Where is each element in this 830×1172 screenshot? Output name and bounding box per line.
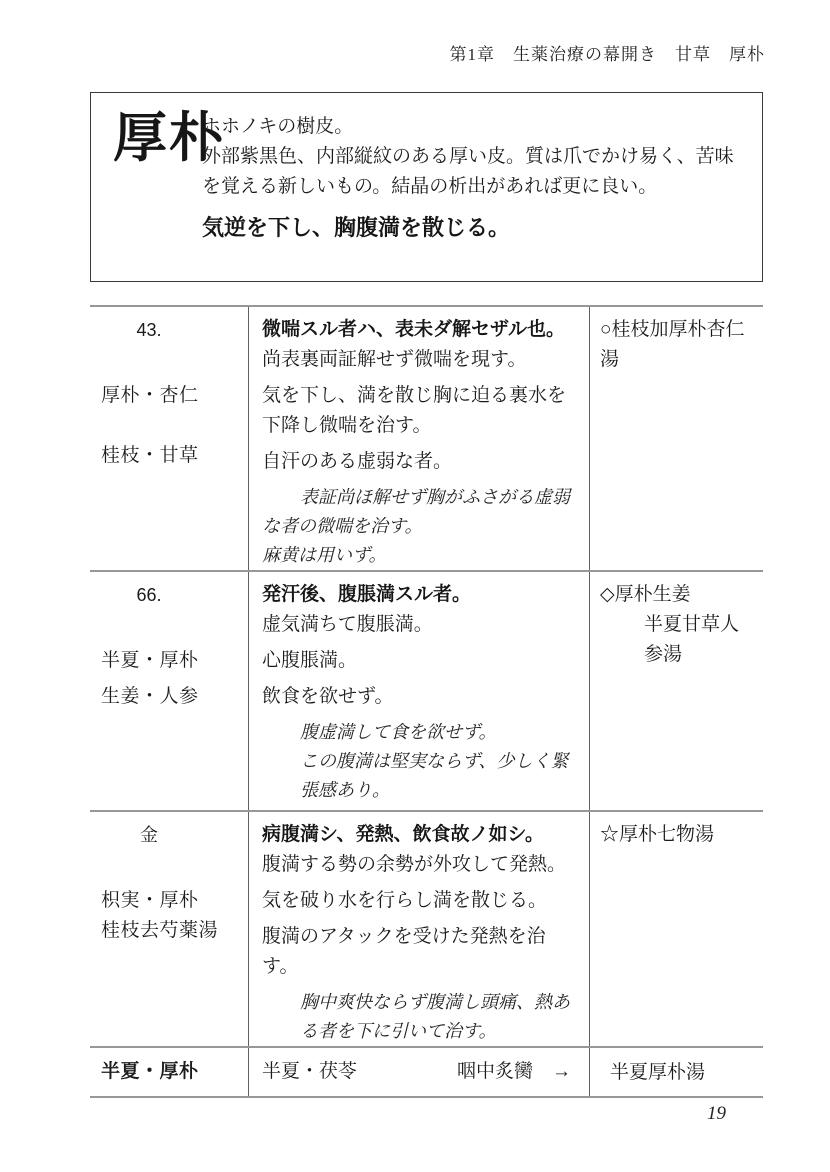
italic-notes: 表証尚ほ解せず胸がふさがる虚弱な者の微喘を治す。 麻黄は用いず。 bbox=[262, 483, 579, 570]
note-paragraph: この腹満は堅実ならず、少しく緊張感あり。 bbox=[300, 747, 579, 805]
description-cell: 発汗後、腹脹満スル者。 虚気満ちて腹脹満。 心腹脹満。 飲食を欲せず。 腹虚満し… bbox=[248, 572, 590, 810]
note-paragraph: 麻黄は用いず。 bbox=[262, 541, 579, 570]
classical-quote: 病腹満シ、発熱、飲食故ノ如シ。 bbox=[262, 820, 579, 850]
herb-pair: 半夏・茯苓 bbox=[262, 1058, 357, 1096]
body-paragraph: 腹満のアタックを受けた発熱を治す。 bbox=[262, 922, 579, 982]
source-cell: 金 枳実・厚朴 桂枝去芍薬湯 bbox=[90, 812, 248, 1046]
indication-arrow: 咽中炙臠 → bbox=[457, 1058, 571, 1096]
description-cell: 微喘スル者ハ、表未ダ解セザル也。 尚表裏両証解せず微喘を現す。 気を下し、満を散… bbox=[248, 307, 590, 570]
table-row: 66. 半夏・厚朴 生姜・人参 発汗後、腹脹満スル者。 虚気満ちて腹脹満。 心腹… bbox=[90, 570, 763, 810]
italic-notes: 胸中爽快ならず腹満し頭痛、熱ある者を下に引いて治す。 bbox=[300, 988, 579, 1046]
source-ref: 金 bbox=[90, 820, 208, 850]
formula-name: ◇厚朴生姜 bbox=[600, 580, 757, 610]
formula-name: ☆厚朴七物湯 bbox=[600, 820, 757, 850]
body-paragraph: 飲食を欲せず。 bbox=[262, 682, 579, 712]
source-cell: 43. 厚朴・杏仁 桂枝・甘草 bbox=[90, 307, 248, 570]
herb-pair: 桂枝去芍薬湯 bbox=[90, 916, 248, 946]
herb-pair: 生姜・人参 bbox=[90, 682, 248, 712]
description-cell: 半夏・茯苓 咽中炙臠 → bbox=[248, 1048, 590, 1096]
herb-pair: 半夏・厚朴 bbox=[90, 1058, 248, 1086]
gloss-text: 尚表裏両証解せず微喘を現す。 bbox=[262, 345, 579, 375]
source-ref: 66. bbox=[90, 580, 208, 610]
note-paragraph: 表証尚ほ解せず胸がふさがる虚弱な者の微喘を治す。 bbox=[262, 483, 579, 541]
formula-name: 半夏甘草人参湯 bbox=[644, 610, 757, 670]
body-paragraph: 気を下し、満を散じ胸に迫る裏水を下降し微喘を治す。 bbox=[262, 381, 579, 441]
gloss-text: 腹満する勢の余勢が外攻して発熱。 bbox=[262, 850, 579, 880]
formula-name: 半夏厚朴湯 bbox=[610, 1058, 757, 1088]
body-paragraph: 心腹脹満。 bbox=[262, 646, 579, 676]
table-row: 金 枳実・厚朴 桂枝去芍薬湯 病腹満シ、発熱、飲食故ノ如シ。 腹満する勢の余勢が… bbox=[90, 810, 763, 1046]
table-row: 43. 厚朴・杏仁 桂枝・甘草 微喘スル者ハ、表未ダ解セザル也。 尚表裏両証解せ… bbox=[90, 305, 763, 570]
source-cell: 66. 半夏・厚朴 生姜・人参 bbox=[90, 572, 248, 810]
formula-table: 43. 厚朴・杏仁 桂枝・甘草 微喘スル者ハ、表未ダ解セザル也。 尚表裏両証解せ… bbox=[90, 305, 763, 1098]
herb-info-box: 厚朴 ホホノキの樹皮。 外部紫黒色、内部縦紋のある厚い皮。質は爪でかけ易く、苦味… bbox=[90, 92, 763, 282]
page-number: 19 bbox=[707, 1103, 726, 1125]
book-page: 第1章 生薬治療の幕開き 甘草 厚朴 厚朴 ホホノキの樹皮。 外部紫黒色、内部縦… bbox=[0, 0, 830, 1172]
summary-row: 半夏・厚朴 半夏・茯苓 咽中炙臠 → 半夏厚朴湯 bbox=[90, 1046, 763, 1096]
formula-cell: 半夏厚朴湯 bbox=[590, 1048, 763, 1096]
formula-cell: ○桂枝加厚朴杏仁湯 bbox=[590, 307, 763, 570]
herb-description: ホホノキの樹皮。 外部紫黒色、内部縦紋のある厚い皮。質は爪でかけ易く、苦味を覚え… bbox=[202, 112, 747, 243]
note-paragraph: 腹虚満して食を欲せず。 bbox=[300, 718, 579, 747]
formula-name: ○桂枝加厚朴杏仁湯 bbox=[600, 315, 757, 375]
herb-pair: 厚朴・杏仁 bbox=[90, 381, 248, 411]
herb-pair: 桂枝・甘草 bbox=[90, 441, 248, 471]
formula-cell: ◇厚朴生姜 半夏甘草人参湯 bbox=[590, 572, 763, 810]
formula-cell: ☆厚朴七物湯 bbox=[590, 812, 763, 1046]
classical-quote: 微喘スル者ハ、表未ダ解セザル也。 bbox=[262, 315, 579, 345]
description-paragraph: 外部紫黒色、内部縦紋のある厚い皮。質は爪でかけ易く、苦味を覚える新しいもの。結晶… bbox=[202, 142, 747, 202]
body-paragraph: 自汗のある虚弱な者。 bbox=[262, 447, 579, 477]
classical-quote: 発汗後、腹脹満スル者。 bbox=[262, 580, 579, 610]
herb-pair: 枳実・厚朴 bbox=[90, 886, 248, 916]
source-ref: 43. bbox=[90, 315, 208, 345]
note-paragraph: 胸中爽快ならず腹満し頭痛、熱ある者を下に引いて治す。 bbox=[300, 988, 579, 1046]
italic-notes: 腹虚満して食を欲せず。 この腹満は堅実ならず、少しく緊張感あり。 bbox=[300, 718, 579, 805]
body-paragraph: 気を破り水を行らし満を散じる。 bbox=[262, 886, 579, 916]
key-action-statement: 気逆を下し、胸腹満を散じる。 bbox=[202, 213, 747, 243]
gloss-text: 虚気満ちて腹脹満。 bbox=[262, 610, 579, 640]
source-cell: 半夏・厚朴 bbox=[90, 1048, 248, 1096]
herb-pair: 半夏・厚朴 bbox=[90, 646, 248, 676]
description-paragraph: ホホノキの樹皮。 bbox=[202, 112, 747, 142]
running-header: 第1章 生薬治療の幕開き 甘草 厚朴 bbox=[450, 40, 766, 65]
description-cell: 病腹満シ、発熱、飲食故ノ如シ。 腹満する勢の余勢が外攻して発熱。 気を破り水を行… bbox=[248, 812, 590, 1046]
